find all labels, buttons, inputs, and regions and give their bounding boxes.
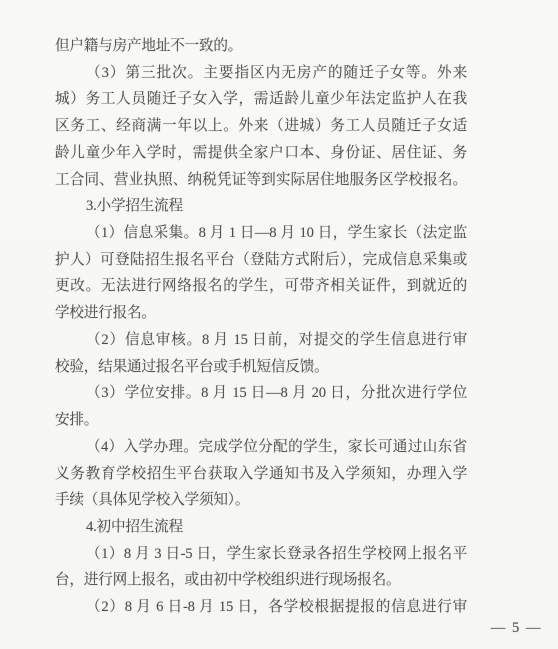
- text-line: 城）务工人员随迁子女入学，需适龄儿童少年法定监护人在我: [55, 86, 467, 113]
- text-line: 义务教育学校招生平台获取入学通知书及入学须知，办理入学: [55, 461, 467, 488]
- document-body: 但户籍与房产地址不一致的。（3）第三批次。主要指区内无房产的随迁子女等。外来（进…: [55, 33, 467, 621]
- text-line: 但户籍与房产地址不一致的。: [55, 33, 467, 60]
- text-line: （3）学位安排。8 月 15 日—8 月 20 日，分批次进行学位: [55, 380, 467, 407]
- text-line: （2）8 月 6 日-8 月 15 日，各学校根据提报的信息进行审: [55, 594, 467, 621]
- scanned-document-page: 但户籍与房产地址不一致的。（3）第三批次。主要指区内无房产的随迁子女等。外来（进…: [0, 0, 558, 649]
- text-line: 区务工、经商满一年以上。外来（进城）务工人员随迁子女适: [55, 113, 467, 140]
- text-line: （1）信息采集。8 月 1 日—8 月 10 日，学生家长（法定监: [55, 220, 467, 247]
- text-line: （3）第三批次。主要指区内无房产的随迁子女等。外来（进: [55, 60, 467, 87]
- text-line: 护人）可登陆招生报名平台（登陆方式附后），完成信息采集或: [55, 247, 467, 274]
- page-number: — 5 —: [491, 620, 542, 637]
- text-line: 台，进行网上报名，或由初中学校组织进行现场报名。: [55, 567, 467, 594]
- text-line: （4）入学办理。完成学位分配的学生，家长可通过山东省: [55, 434, 467, 461]
- text-line: 手续（具体见学校入学须知）。: [55, 487, 467, 514]
- text-line: 龄儿童少年入学时，需提供全家户口本、身份证、居住证、务: [55, 140, 467, 167]
- section-heading-line: 3.小学招生流程: [55, 193, 467, 220]
- text-line: （1）8 月 3 日-5 日，学生家长登录各招生学校网上报名平: [55, 541, 467, 568]
- text-line: 安排。: [55, 407, 467, 434]
- text-line: 学校进行报名。: [55, 300, 467, 327]
- text-line: 更改。无法进行网络报名的学生，可带齐相关证件，到就近的: [55, 273, 467, 300]
- text-line: 校验，结果通过报名平台或手机短信反馈。: [55, 354, 467, 381]
- text-line: 工合同、营业执照、纳税凭证等到实际居住地服务区学校报名。: [55, 167, 467, 194]
- text-line: （2）信息审核。8 月 15 日前，对提交的学生信息进行审核、: [55, 327, 467, 354]
- section-heading-line: 4.初中招生流程: [55, 514, 467, 541]
